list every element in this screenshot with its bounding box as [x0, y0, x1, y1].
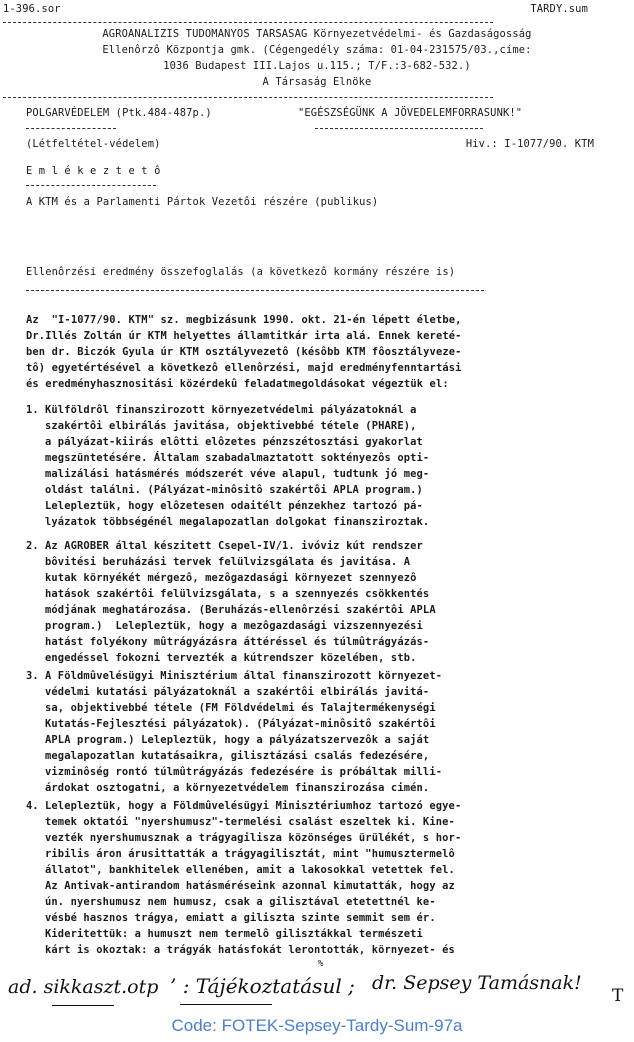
item-line: a pályázat-kiirás elôtti elôzetes pénzsz… [45, 436, 423, 449]
underline [52, 1005, 114, 1006]
handwriting-part-3: dr. Sepsey Tamásnak! [372, 972, 582, 994]
file-name-left: 1-396.sor [3, 3, 61, 16]
document-code-label: Code: FOTEK-Sepsey-Tardy-Sum-97a [0, 1016, 634, 1036]
intro-line: Az "I-1077/90. KTM" sz. megbizásunk 1990… [26, 314, 462, 327]
reference-number: Hiv.: I-1077/90. KTM [466, 138, 594, 151]
item-number: 2. [26, 540, 39, 553]
item-line: Kutatás-Fejlesztési pályázatok). (Pályáz… [45, 718, 436, 731]
item-line: hatást folyékony mûtrágyázásra áttérésse… [45, 636, 429, 649]
divider [3, 97, 493, 98]
divider [26, 185, 156, 186]
item-line: módjának meghatározása. (Beruházás-ellen… [45, 604, 436, 617]
item-line: temek oktatói "nyershumusz"-termelési cs… [45, 816, 455, 829]
item-line: Lelepleztük, hogy elôzetesen odaitélt pé… [45, 500, 423, 513]
intro-line: és eredményhasznositási közérdekû felada… [26, 378, 449, 391]
underline [180, 1004, 272, 1005]
topic-left-subtitle: (Létfeltétel-védelem) [26, 138, 161, 151]
topic-left-title: POLGARVÉDELEM (Ptk.484-487p.) [26, 107, 212, 120]
item-line: megalapozatlan kutatásaikra, gilisztázás… [45, 750, 429, 763]
item-line: kutak környékét mérgezô, mezôgazdasági k… [45, 572, 417, 585]
item-line: A Földmûvelésügyi Minisztérium által fin… [45, 670, 442, 683]
item-line: oldást találni. (Pályázat-minôsitô szaké… [45, 484, 423, 497]
page-mark: % [318, 958, 324, 971]
item-line: program.) Lelepleztük, hogy a mezôgazdas… [45, 620, 423, 633]
item-line: kárt is okoztak: a trágyák hatásfokát le… [45, 944, 455, 957]
item-line: hatások szakértôi felülvizsgálata, s a s… [45, 588, 429, 601]
divider [3, 22, 493, 23]
item-line: engedéssel fokozni tervezték a kútrendsz… [45, 652, 417, 665]
intro-line: Dr.Illés Zoltán úr KTM helyettes államti… [26, 330, 462, 343]
item-line: vizminôség rontó túlmûtrágyázás fedezésé… [45, 766, 442, 779]
item-line: APLA program.) Lelepleztük, hogy a pályá… [45, 734, 429, 747]
letterhead-line-4: A Társaság Elnöke [0, 76, 634, 89]
item-line: Külföldrôl finanszirozott környezetvédel… [45, 404, 417, 417]
item-line: sa, objektivebbé tétele (FM Földvédelmi … [45, 702, 436, 715]
item-number: 1. [26, 404, 39, 417]
letterhead-line-2: Ellenôrzô Központja gmk. (Cégengedély sz… [0, 44, 634, 57]
memo-recipient: A KTM és a Parlamenti Pártok Vezetôi rés… [26, 196, 378, 209]
divider [26, 128, 116, 129]
handwriting-part-2: ’ : Tájékoztatásul ; [170, 974, 355, 998]
item-line: bôvitési beruházási tervek felülvizsgála… [45, 556, 410, 569]
divider [26, 290, 484, 291]
item-line: ribilis áron árusittatták a trágyagilisz… [45, 848, 455, 861]
item-line: lyázatok többségénél megalapozatlan dolg… [45, 516, 429, 529]
intro-line: ben dr. Biczók Gyula úr KTM osztályvezet… [26, 346, 462, 359]
item-line: szakértôi elbirálás javitása, objektiveb… [45, 420, 417, 433]
item-line: vezték nyershumusznak a trágyagilisza kö… [45, 832, 461, 845]
handwriting-part-1: ad. sikkaszt.otp [8, 976, 158, 998]
item-line: Az Antivak-antirandom hatásméréseink azo… [45, 880, 455, 893]
item-line: Kideritettük: a humuszt nem termelô gili… [45, 928, 423, 941]
memo-title: E m l é k e z t e t ô [26, 165, 161, 178]
divider [315, 128, 483, 129]
item-line: vésbé hasznos trágya, emiatt a giliszta … [45, 912, 436, 925]
item-line: ún. nyershumusz nem humusz, csak a gilis… [45, 896, 436, 909]
handwriting-initial: T [612, 986, 623, 1006]
item-number: 4. [26, 800, 39, 813]
file-name-right: TARDY.sum [530, 3, 588, 16]
item-number: 3. [26, 670, 39, 683]
item-line: árdokat osztogatni, a környezetvédelem f… [45, 782, 429, 795]
letterhead-line-3: 1036 Budapest III.Lajos u.115.; T/F.:3-6… [0, 60, 634, 73]
item-line: állatot", bankhitelek ellenében, amit a … [45, 864, 455, 877]
summary-heading: Ellenôrzési eredmény összefoglalás (a kö… [26, 266, 455, 279]
item-line: megszüntetésére. Általam szabadalmaztato… [45, 452, 429, 465]
item-line: malizálási hatásmérés módszerét véve ala… [45, 468, 429, 481]
item-line: Lelepleztük, hogy a Földmûvelésügyi Mini… [45, 800, 461, 813]
item-line: Az AGROBER által készitett Csepel-IV/1. … [45, 540, 423, 553]
letterhead-line-1: AGROANALIZIS TUDOMANYOS TARSASAG Környez… [0, 28, 634, 41]
topic-right-title: "EGÉSZSÉGÜNK A JÖVEDELEMFORRASUNK!" [298, 107, 522, 120]
item-line: védelmi kutatási pályázatoknál a szakért… [45, 686, 429, 699]
intro-line: tô) egyetértésével a következô ellenôrzé… [26, 362, 462, 375]
